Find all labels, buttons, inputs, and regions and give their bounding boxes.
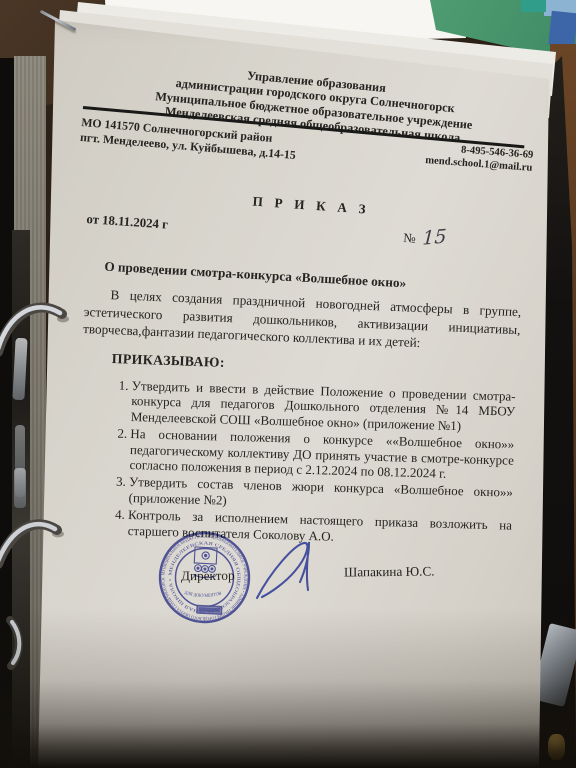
directive-heading: ПРИКАЗЫВАЮ: [111, 351, 225, 371]
number-sign: № [403, 230, 416, 246]
signer-name: Шапакина Ю.С. [344, 564, 435, 581]
stamp-emblem [193, 547, 218, 578]
metal-glint [14, 468, 26, 508]
pen-tip [548, 734, 565, 760]
document-type-title: П Р И К А З [201, 190, 422, 221]
order-items-list: Утвердить и ввести в действие Положение … [91, 377, 515, 551]
order-date: от 18.11.2024 г [86, 212, 168, 233]
official-round-stamp: МУНИЦИПАЛЬНОЕ БЮДЖЕТНОЕ ОБЩЕОБРАЗОВАТЕЛЬ… [154, 527, 256, 629]
order-item: На основании положения о конкурсе ««Волш… [129, 426, 514, 483]
handwritten-signature [252, 538, 338, 606]
handwritten-order-number: 15 [422, 225, 447, 249]
order-preamble: В целях создания праздничной новогодней … [83, 285, 522, 356]
stamp-center-text: ДЛЯ ДОКУМЕНТОВ [184, 589, 222, 599]
folder-pattern-patch [548, 11, 576, 48]
order-document-page: Управление образования администрации гор… [0, 0, 576, 768]
order-item: Утвердить и ввести в действие Положение … [131, 378, 516, 435]
svg-text:ДЛЯ ДОКУМЕНТОВ: ДЛЯ ДОКУМЕНТОВ [184, 589, 222, 599]
order-number: №15 [403, 225, 448, 249]
folder-pattern-patch [521, 0, 546, 12]
photo-of-binder-document: Управление образования администрации гор… [0, 0, 576, 768]
